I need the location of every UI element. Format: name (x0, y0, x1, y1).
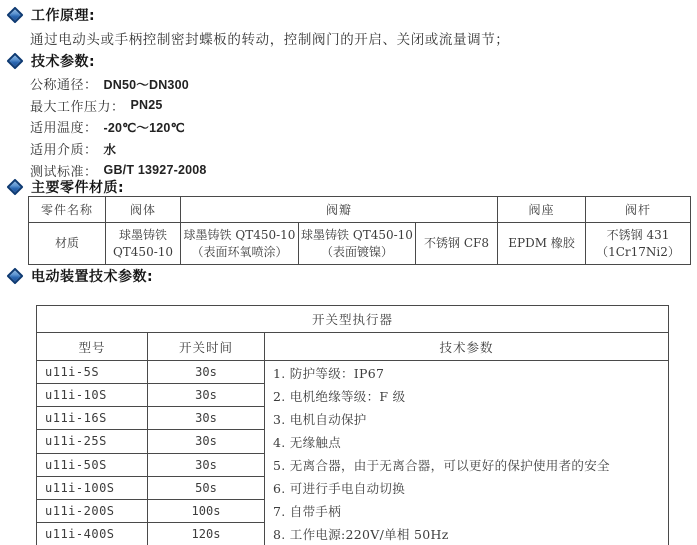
material-disc-cf8: 不锈钢 CF8 (416, 223, 498, 265)
working-principle-title: 工作原理: (31, 5, 95, 25)
col-valve-seat: 阀座 (498, 197, 586, 223)
param-label: 适用介质： (30, 139, 98, 158)
param-label: 最大工作压力： (30, 96, 125, 115)
actuator-header-row: 型号 开关时间 技术参数 (37, 333, 669, 361)
working-principle-text: 通过电动头或手柄控制密封蝶板的转动，控制阀门的开启、关闭或流量调节； (30, 28, 509, 48)
time-value: 30s (148, 430, 265, 453)
diamond-bullet-icon (7, 7, 24, 24)
material-valve-body: 球墨铸铁 QT450-10 (106, 223, 181, 265)
spec-line: 5. 无离合器，由于无离合器，可以更好的保护使用者的安全 (265, 453, 668, 476)
material-line: （表面环氧喷涂） (181, 244, 298, 261)
param-nominal-diameter: 公称通径： DN50～DN300 (30, 73, 207, 95)
spec-line: 3. 电机自动保护 (265, 407, 668, 430)
col-switch-time: 开关时间 (148, 333, 265, 361)
tech-spec-cell: 1. 防护等级：IP67 2. 电机绝缘等级：F 级 3. 电机自动保护 4. … (265, 361, 669, 545)
section-heading-materials: 主要零件材质: (0, 177, 124, 197)
col-valve-stem: 阀杆 (586, 197, 691, 223)
spec-line: 8. 工作电源:220V/单相 50Hz (265, 522, 668, 545)
param-temperature: 适用温度： -20℃～120℃ (30, 116, 207, 138)
material-disc-epoxy: 球墨铸铁 QT450-10 （表面环氧喷涂） (181, 223, 299, 265)
section-heading-tech-params: 技术参数: (0, 51, 95, 71)
material-line: 球墨铸铁 QT450-10 (181, 227, 298, 244)
col-tech-spec: 技术参数 (265, 333, 669, 361)
spec-line: 1. 防护等级：IP67 (265, 361, 668, 384)
spec-line: 2. 电机绝缘等级：F 级 (265, 384, 668, 407)
time-value: 30s (148, 453, 265, 476)
material-line: （1Cr17Ni2） (586, 244, 690, 261)
spec-line: 7. 自带手柄 (265, 499, 668, 522)
col-part-name: 零件名称 (29, 197, 106, 223)
model-value: u11i-50S (37, 453, 148, 476)
materials-data-row: 材质 球墨铸铁 QT450-10 球墨铸铁 QT450-10 （表面环氧喷涂） … (29, 223, 691, 265)
model-value: u11i-16S (37, 407, 148, 430)
col-valve-body: 阀体 (106, 197, 181, 223)
tech-params-title: 技术参数: (31, 51, 95, 71)
param-value: -20℃～120℃ (104, 118, 185, 136)
model-value: u11i-25S (37, 430, 148, 453)
param-value: 水 (104, 140, 117, 158)
param-label: 适用温度： (30, 117, 98, 136)
material-seat: EPDM 橡胶 (498, 223, 586, 265)
spec-line: 6. 可进行手电自动切换 (265, 476, 668, 499)
actuator-title: 电动装置技术参数: (31, 266, 153, 286)
actuator-table-title-row: 开关型执行器 (37, 306, 669, 333)
material-stem: 不锈钢 431 （1Cr17Ni2） (586, 223, 691, 265)
table-row: u11i-5S 30s 1. 防护等级：IP67 2. 电机绝缘等级：F 级 3… (37, 361, 669, 384)
model-value: u11i-100S (37, 476, 148, 499)
diamond-bullet-icon (7, 53, 24, 70)
time-value: 30s (148, 361, 265, 384)
model-value: u11i-5S (37, 361, 148, 384)
diamond-bullet-icon (7, 179, 24, 196)
col-model: 型号 (37, 333, 148, 361)
material-line: 不锈钢 431 (586, 227, 690, 244)
section-heading-working-principle: 工作原理: (0, 5, 95, 25)
param-max-pressure: 最大工作压力： PN25 (30, 95, 207, 117)
param-medium: 适用介质： 水 (30, 138, 207, 160)
col-valve-disc: 阀瓣 (181, 197, 498, 223)
model-value: u11i-400S (37, 522, 148, 545)
diamond-bullet-icon (7, 268, 24, 285)
param-value: GB/T 13927-2008 (104, 163, 207, 177)
materials-title: 主要零件材质: (31, 177, 124, 197)
time-value: 100s (148, 499, 265, 522)
param-value: PN25 (131, 98, 163, 112)
time-value: 120s (148, 522, 265, 545)
materials-table: 零件名称 阀体 阀瓣 阀座 阀杆 材质 球墨铸铁 QT450-10 球墨铸铁 Q… (28, 196, 691, 265)
tech-params-list: 公称通径： DN50～DN300 最大工作压力： PN25 适用温度： -20℃… (30, 73, 207, 181)
material-line: （表面镀镍） (299, 244, 415, 261)
model-value: u11i-200S (37, 499, 148, 522)
time-value: 30s (148, 384, 265, 407)
actuator-table-title: 开关型执行器 (37, 306, 669, 333)
param-value: DN50～DN300 (104, 75, 189, 93)
material-line: QT450-10 (106, 244, 180, 261)
material-disc-nickel: 球墨铸铁 QT450-10 （表面镀镍） (299, 223, 416, 265)
time-value: 50s (148, 476, 265, 499)
time-value: 30s (148, 407, 265, 430)
material-line: 球墨铸铁 QT450-10 (299, 227, 415, 244)
spec-line: 4. 无缘触点 (265, 430, 668, 453)
model-value: u11i-10S (37, 384, 148, 407)
section-heading-actuator: 电动装置技术参数: (0, 266, 153, 286)
materials-header-row: 零件名称 阀体 阀瓣 阀座 阀杆 (29, 197, 691, 223)
datasheet-page: { "principle": { "heading": "工作原理:", "bo… (0, 0, 697, 545)
param-label: 公称通径： (30, 74, 98, 93)
material-line: 球墨铸铁 (106, 227, 180, 244)
material-row-label: 材质 (29, 223, 106, 265)
actuator-table: 开关型执行器 型号 开关时间 技术参数 u11i-5S 30s 1. 防护等级：… (36, 305, 669, 545)
